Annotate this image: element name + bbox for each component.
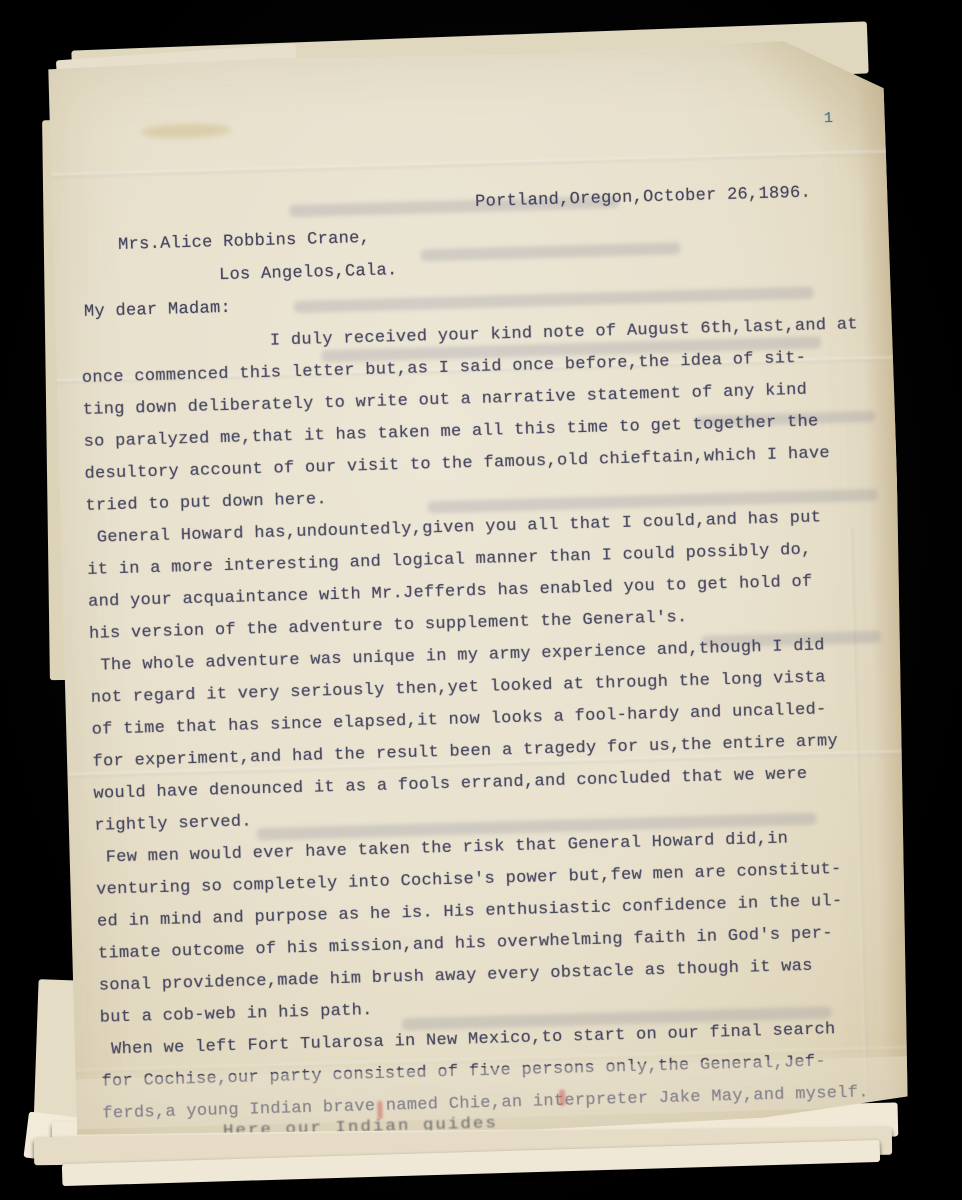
letter-body: I duly received your kind note of August… [81,309,893,1131]
letter-content: Portland,Oregon,October 26,1896. Mrs.Ali… [77,175,893,1131]
paragraph: Few men would ever have taken the risk t… [95,821,890,1035]
page-number: 1 [824,110,833,127]
paragraph: The whole adventure was unique in my arm… [90,629,885,843]
paragraph: I duly received your kind note of August… [81,309,876,523]
photo-background: 1 Portland,Oregon,October 26,1896. Mrs.A… [0,0,962,1200]
letter-page: 1 Portland,Oregon,October 26,1896. Mrs.A… [43,38,915,1143]
paragraph: General Howard has,undountedly,given you… [86,501,879,651]
red-ink-smudge [377,1101,383,1119]
red-ink-smudge [559,1090,565,1106]
paper-stain [141,123,231,140]
